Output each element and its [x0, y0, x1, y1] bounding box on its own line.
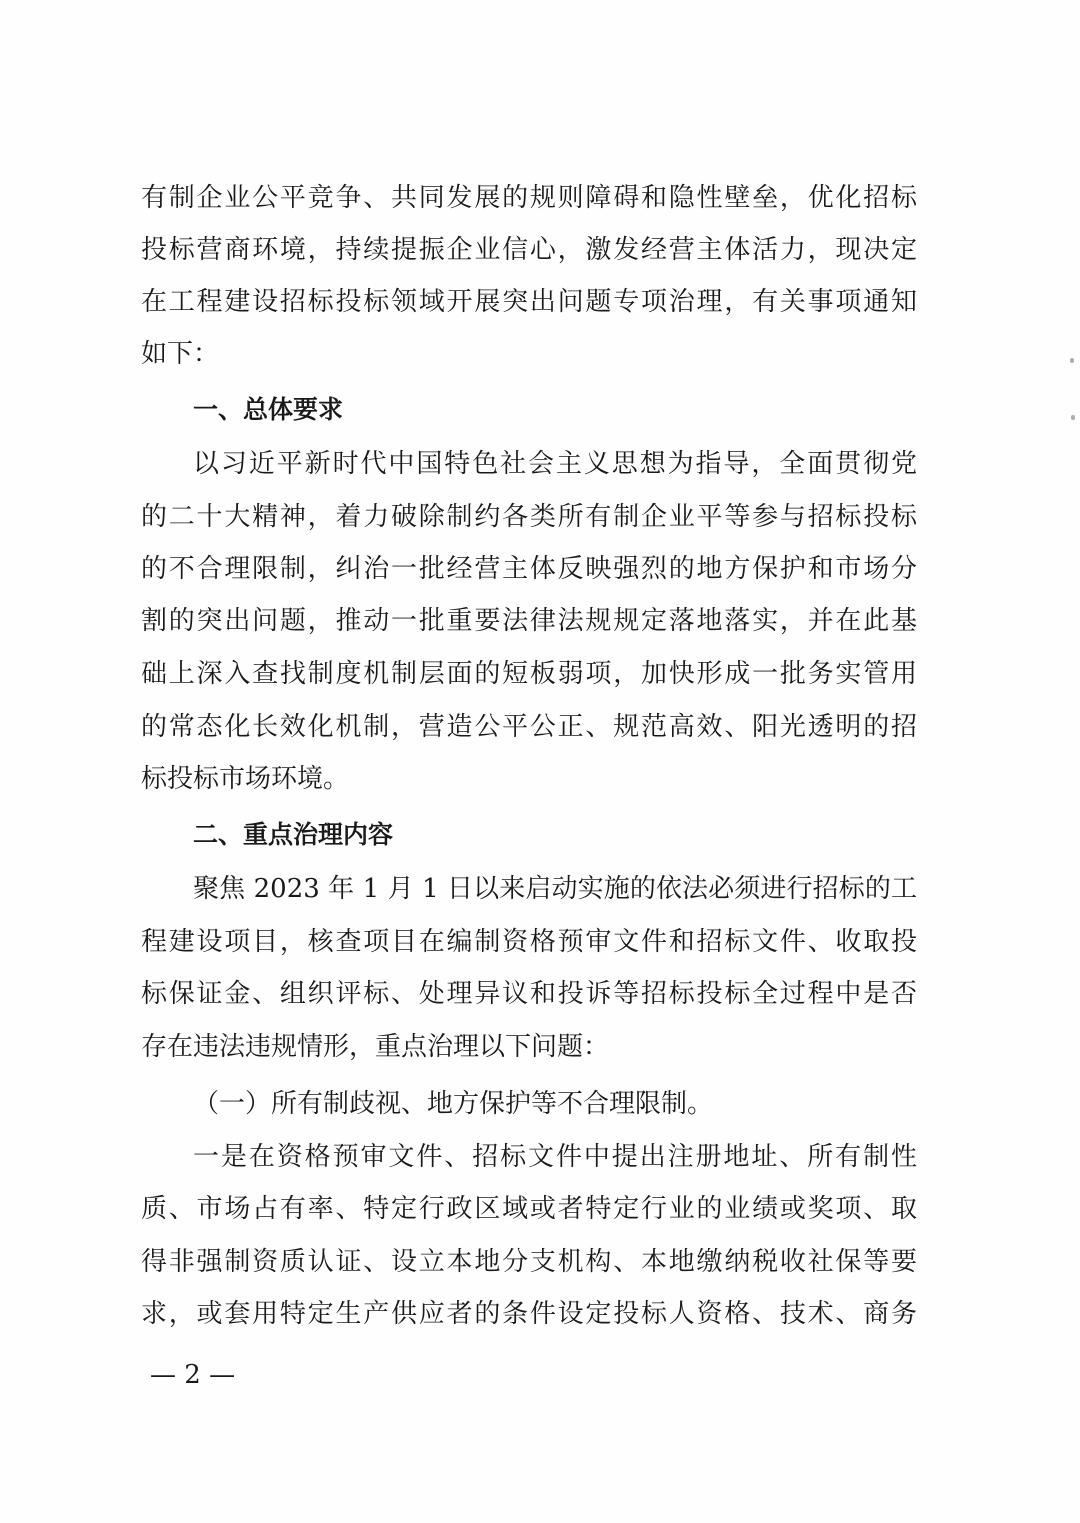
body-text-line: 标保证金、组织评标、处理异议和投诉等招标投标全过程中是否 [141, 977, 917, 1011]
body-text-line: 的不合理限制，纠治一批经营主体反映强烈的地方保护和市场分 [141, 552, 917, 586]
subsection-heading: （一）所有制歧视、地方保护等不合理限制。 [193, 1087, 917, 1121]
body-text-line: 投标营商环境，持续提振企业信心，激发经营主体活力，现决定 [141, 233, 917, 267]
body-text-line: 如下： [141, 337, 917, 371]
body-text-line: 础上深入查找制度机制层面的短板弱项，加快形成一批务实管用 [141, 657, 917, 691]
scan-artifact [1071, 415, 1075, 420]
scan-artifact [1070, 358, 1074, 363]
body-text-line: 得非强制资质认证、设立本地分支机构、本地缴纳税收社保等要 [141, 1245, 917, 1279]
body-text-line: 一是在资格预审文件、招标文件中提出注册地址、所有制性 [193, 1140, 917, 1174]
body-text-line: 以习近平新时代中国特色社会主义思想为指导，全面贯彻党 [193, 447, 917, 481]
body-text-line: 存在违法违规情形，重点治理以下问题： [141, 1030, 917, 1064]
document-page: 有制企业公平竞争、共同发展的规则障碍和隐性壁垒，优化招标 投标营商环境，持续提振… [0, 0, 1080, 1523]
section-heading-key-governance: 二、重点治理内容 [193, 818, 917, 852]
page-number: — 2 — [150, 1358, 235, 1392]
body-text-line: 质、市场占有率、特定行政区域或者特定行业的业绩或奖项、取 [141, 1192, 917, 1226]
body-text-line: 的常态化长效化机制，营造公平公正、规范高效、阳光透明的招 [141, 710, 917, 744]
body-text-line: 聚焦 2023 年 1 月 1 日以来启动实施的依法必须进行招标的工 [193, 872, 917, 906]
body-text-line: 的二十大精神，着力破除制约各类所有制企业平等参与招标投标 [141, 500, 917, 534]
body-text-line: 割的突出问题，推动一批重要法律法规规定落地落实，并在此基 [141, 604, 917, 638]
body-text-line: 标投标市场环境。 [141, 762, 917, 796]
body-text-line: 有制企业公平竞争、共同发展的规则障碍和隐性壁垒，优化招标 [141, 181, 917, 215]
body-text-line: 程建设项目，核查项目在编制资格预审文件和招标文件、收取投 [141, 925, 917, 959]
section-heading-general-requirements: 一、总体要求 [193, 393, 917, 427]
body-text-line: 在工程建设招标投标领域开展突出问题专项治理，有关事项通知 [141, 285, 917, 319]
body-text-line: 求，或套用特定生产供应者的条件设定投标人资格、技术、商务 [141, 1297, 917, 1331]
